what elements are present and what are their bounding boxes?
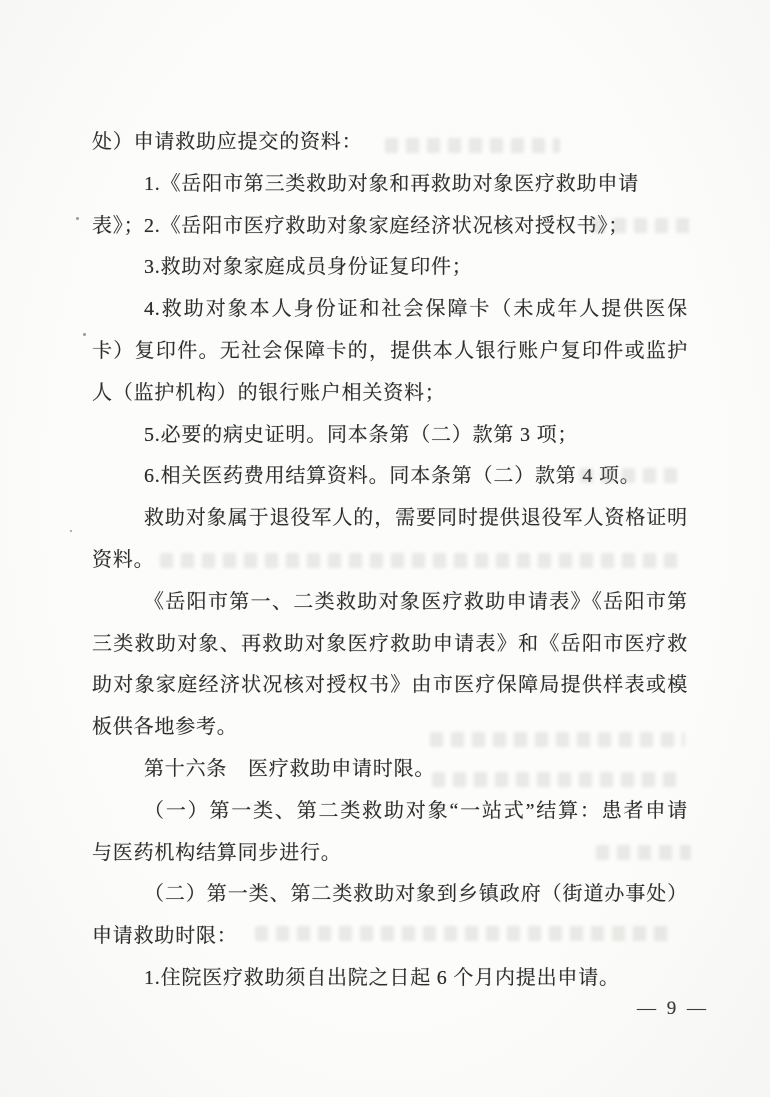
text-line: 助对象家庭经济状况核对授权书》由市医疗保障局提供样表或模 bbox=[92, 665, 688, 707]
text-line: 卡）复印件。无社会保障卡的，提供本人银行账户复印件或监护 bbox=[92, 331, 688, 373]
scan-artifact bbox=[432, 772, 682, 787]
scan-speck bbox=[76, 217, 79, 220]
text-line: （一）第一类、第二类救助对象“一站式”结算：患者申请 bbox=[92, 791, 688, 833]
scan-artifact bbox=[596, 845, 691, 860]
page-number: — 9 — bbox=[608, 998, 738, 1020]
scan-artifact bbox=[385, 138, 560, 153]
text-line: （二）第一类、第二类救助对象到乡镇政府（街道办事处） bbox=[92, 874, 688, 916]
text-line: 三类救助对象、再救助对象医疗救助申请表》和《岳阳市医疗救 bbox=[92, 624, 688, 666]
scan-artifact bbox=[592, 218, 697, 233]
scan-artifact bbox=[580, 468, 685, 483]
scan-artifact bbox=[160, 553, 680, 568]
text-line: 5.必要的病史证明。同本条第（二）款第 3 项； bbox=[92, 415, 688, 457]
scan-artifact bbox=[430, 732, 685, 747]
text-line: 1.住院医疗救助须自出院之日起 6 个月内提出申请。 bbox=[92, 958, 688, 1000]
text-line: 4.救助对象本人身份证和社会保障卡（未成年人提供医保 bbox=[92, 289, 688, 331]
text-line: 《岳阳市第一、二类救助对象医疗救助申请表》《岳阳市第 bbox=[92, 582, 688, 624]
scan-artifact bbox=[255, 926, 675, 941]
text-line: 3.救助对象家庭成员身份证复印件； bbox=[92, 247, 688, 289]
scanned-document-page: 处）申请救助应提交的资料： 1.《岳阳市第三类救助对象和再救助对象医疗救助申请表… bbox=[0, 0, 770, 1097]
text-line: 人（监护机构）的银行账户相关资料； bbox=[92, 373, 688, 415]
text-line: 救助对象属于退役军人的，需要同时提供退役军人资格证明 bbox=[92, 498, 688, 540]
text-line: 1.《岳阳市第三类救助对象和再救助对象医疗救助申请表》； bbox=[92, 164, 688, 206]
scan-speck bbox=[70, 530, 72, 532]
scan-speck bbox=[83, 333, 86, 336]
